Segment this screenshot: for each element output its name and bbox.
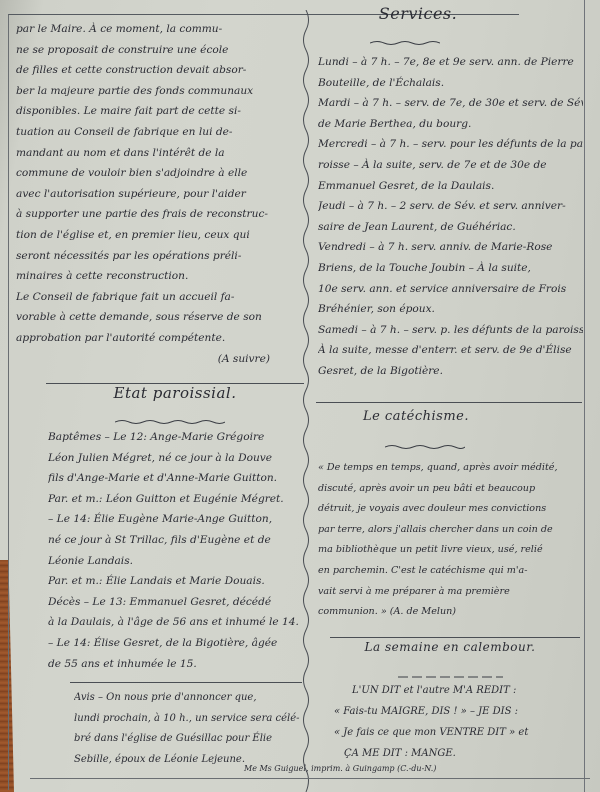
- register-line: de 55 ans et inhumée le 15.: [48, 654, 303, 675]
- service-line: Jeudi – à 7 h. – 2 serv. de Sév. et serv…: [318, 196, 583, 217]
- service-line: Samedi – à 7 h. – serv. p. les défunts d…: [318, 320, 583, 341]
- avis-line: Avis – On nous prie d'annoncer que,: [74, 688, 302, 709]
- quote-line: par terre, alors j'allais chercher dans …: [318, 520, 583, 541]
- service-line: Bouteille, de l'Échalais.: [318, 73, 583, 94]
- quote-line: vait servi à me préparer à ma première: [318, 582, 583, 603]
- title-squiggle-ornament: [115, 419, 225, 425]
- service-line: de Marie Berthea, du bourg.: [318, 114, 583, 135]
- register-line: – Le 14: Élie Eugène Marie-Ange Guitton,: [48, 509, 303, 530]
- etat-paroissial-title: Etat paroissial.: [46, 384, 304, 402]
- article-line: de filles et cette construction devait a…: [16, 60, 300, 81]
- register-line: fils d'Ange-Marie et d'Anne-Marie Guitto…: [48, 468, 303, 489]
- quote-line: en parchemin. C'est le catéchisme qui m'…: [318, 561, 583, 582]
- article-line: à supporter une partie des frais de reco…: [16, 204, 300, 225]
- avis-line: bré dans l'église de Guésillac pour Élie: [74, 729, 302, 750]
- article-line: par le Maire. À ce moment, la commu-: [16, 19, 300, 40]
- service-line: Bréhénier, son époux.: [318, 299, 583, 320]
- footer-rule: [30, 778, 590, 779]
- article-line: ber la majeure partie des fonds communau…: [16, 81, 300, 102]
- avis-notice: Avis – On nous prie d'annoncer que, lund…: [74, 688, 302, 770]
- register-line: Décès – Le 13: Emmanuel Gesret, décédé: [48, 592, 303, 613]
- service-line: À la suite, messe d'enterr. et serv. de …: [318, 340, 583, 361]
- service-line: roisse – À la suite, serv. de 7e et de 3…: [318, 155, 583, 176]
- service-line: Mardi – à 7 h. – serv. de 7e, de 30e et …: [318, 93, 583, 114]
- register-line: Léonie Landais.: [48, 551, 303, 572]
- catechisme-quote: « De temps en temps, quand, après avoir …: [318, 458, 583, 623]
- services-title: Services.: [318, 4, 518, 23]
- title-squiggle-ornament: [385, 444, 465, 450]
- calembour-pun: L'UN DIT et l'autre M'A REDIT : « Fais-t…: [334, 680, 584, 764]
- register-line: Par. et m.: Élie Landais et Marie Douais…: [48, 571, 303, 592]
- pun-line: ÇA ME DIT : MANGE.: [334, 743, 584, 764]
- pun-line: « Je fais ce que mon VENTRE DIT » et: [334, 722, 584, 743]
- article-line: Le Conseil de fabrique fait un accueil f…: [16, 287, 300, 308]
- article-line: tuation au Conseil de fabrique en lui de…: [16, 122, 300, 143]
- pun-line: « Fais-tu MAIGRE, DIS ! » – JE DIS :: [334, 701, 584, 722]
- catechisme-title: Le catéchisme.: [316, 409, 516, 424]
- quote-line: « De temps en temps, quand, après avoir …: [318, 458, 583, 479]
- continuation-note: (A suivre): [16, 349, 300, 370]
- article-line: tion de l'église et, en premier lieu, ce…: [16, 225, 300, 246]
- etat-paroissial-body: Baptêmes – Le 12: Ange-Marie Grégoire Lé…: [48, 427, 303, 674]
- register-line: Par. et m.: Léon Guitton et Eugénie Mégr…: [48, 489, 303, 510]
- register-line: – Le 14: Élise Gesret, de la Bigotière, …: [48, 633, 303, 654]
- section-divider: [316, 402, 582, 403]
- quote-line: détruit, je voyais avec douleur mes conv…: [318, 499, 583, 520]
- article-line: disponibles. Le maire fait part de cette…: [16, 101, 300, 122]
- right-margin-rule: [584, 0, 585, 792]
- article-line: avec l'autorisation supérieure, pour l'a…: [16, 184, 300, 205]
- service-line: Vendredi – à 7 h. serv. anniv. de Marie-…: [318, 237, 583, 258]
- article-line: commune de vouloir bien s'adjoindre à el…: [16, 163, 300, 184]
- service-line: Lundi – à 7 h. – 7e, 8e et 9e serv. ann.…: [318, 52, 583, 73]
- calembour-title: La semaine en calembour.: [330, 640, 570, 654]
- article-line: minaires à cette reconstruction.: [16, 266, 300, 287]
- article-line: vorable à cette demande, sous réserve de…: [16, 307, 300, 328]
- register-line: Baptêmes – Le 12: Ange-Marie Grégoire: [48, 427, 303, 448]
- register-line: à la Daulais, à l'âge de 56 ans et inhum…: [48, 612, 303, 633]
- article-line: seront nécessités par les opérations pré…: [16, 246, 300, 267]
- section-divider: [330, 637, 580, 638]
- quote-line: discuté, après avoir un peu bâti et beau…: [318, 479, 583, 500]
- article-line: ne se proposait de construire une école: [16, 40, 300, 61]
- service-line: Mercredi – à 7 h. – serv. pour les défun…: [318, 134, 583, 155]
- service-line: Emmanuel Gesret, de la Daulais.: [318, 176, 583, 197]
- service-line: 10e serv. ann. et service anniversaire d…: [318, 279, 583, 300]
- quote-line: communion. » (A. de Melun): [318, 602, 583, 623]
- service-line: saire de Jean Laurent, de Guéhériac.: [318, 217, 583, 238]
- register-line: Léon Julien Mégret, né ce jour à la Douv…: [48, 448, 303, 469]
- article-line: mandant au nom et dans l'intérêt de la: [16, 143, 300, 164]
- continued-article: par le Maire. À ce moment, la commu- ne …: [16, 19, 300, 369]
- section-divider: [70, 682, 302, 683]
- service-line: Gesret, de la Bigotière.: [318, 361, 583, 382]
- register-line: né ce jour à St Trillac, fils d'Eugène e…: [48, 530, 303, 551]
- quote-line: ma bibliothèque un petit livre vieux, us…: [318, 540, 583, 561]
- services-list: Lundi – à 7 h. – 7e, 8e et 9e serv. ann.…: [318, 52, 583, 382]
- avis-line: lundi prochain, à 10 h., un service sera…: [74, 709, 302, 730]
- article-line: approbation par l'autorité compétente.: [16, 328, 300, 349]
- title-squiggle-ornament: [370, 40, 440, 46]
- printer-credit: Me Ms Guiguel, imprim. à Guingamp (C.-du…: [244, 764, 474, 773]
- service-line: Briens, de la Touche Joubin – À la suite…: [318, 258, 583, 279]
- pun-line: L'UN DIT et l'autre M'A REDIT :: [334, 680, 584, 701]
